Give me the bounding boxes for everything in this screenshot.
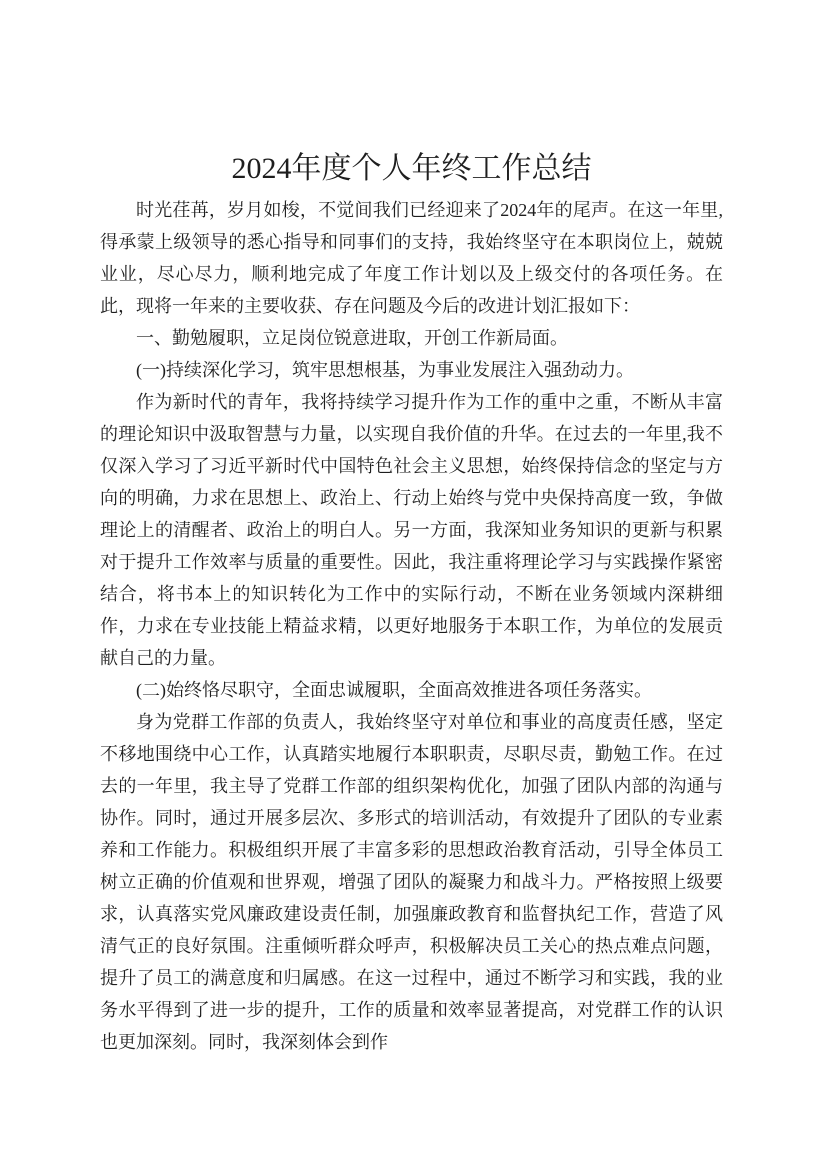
subsection-1-2-body: 身为党群工作部的负责人，我始终坚守对单位和事业的高度责任感，坚定不移地围绕中心工… [100,706,723,1058]
subsection-1-1-heading: (一)持续深化学习，筑牢思想根基，为事业发展注入强劲动力。 [100,354,723,386]
subsection-1-1-body: 作为新时代的青年，我将持续学习提升作为工作的重中之重，不断从丰富的理论知识中汲取… [100,386,723,674]
subsection-1-2-heading: (二)始终恪尽职守，全面忠诚履职，全面高效推进各项任务落实。 [100,674,723,706]
section-1-heading: 一、勤勉履职，立足岗位锐意进取，开创工作新局面。 [100,322,723,354]
document-title: 2024年度个人年终工作总结 [100,148,723,190]
document-body: 时光荏苒，岁月如梭，不觉间我们已经迎来了2024年的尾声。在这一年里,得承蒙上级… [100,194,723,1058]
document-page: 2024年度个人年终工作总结 时光荏苒，岁月如梭，不觉间我们已经迎来了2024年… [0,0,826,1165]
intro-paragraph: 时光荏苒，岁月如梭，不觉间我们已经迎来了2024年的尾声。在这一年里,得承蒙上级… [100,194,723,322]
